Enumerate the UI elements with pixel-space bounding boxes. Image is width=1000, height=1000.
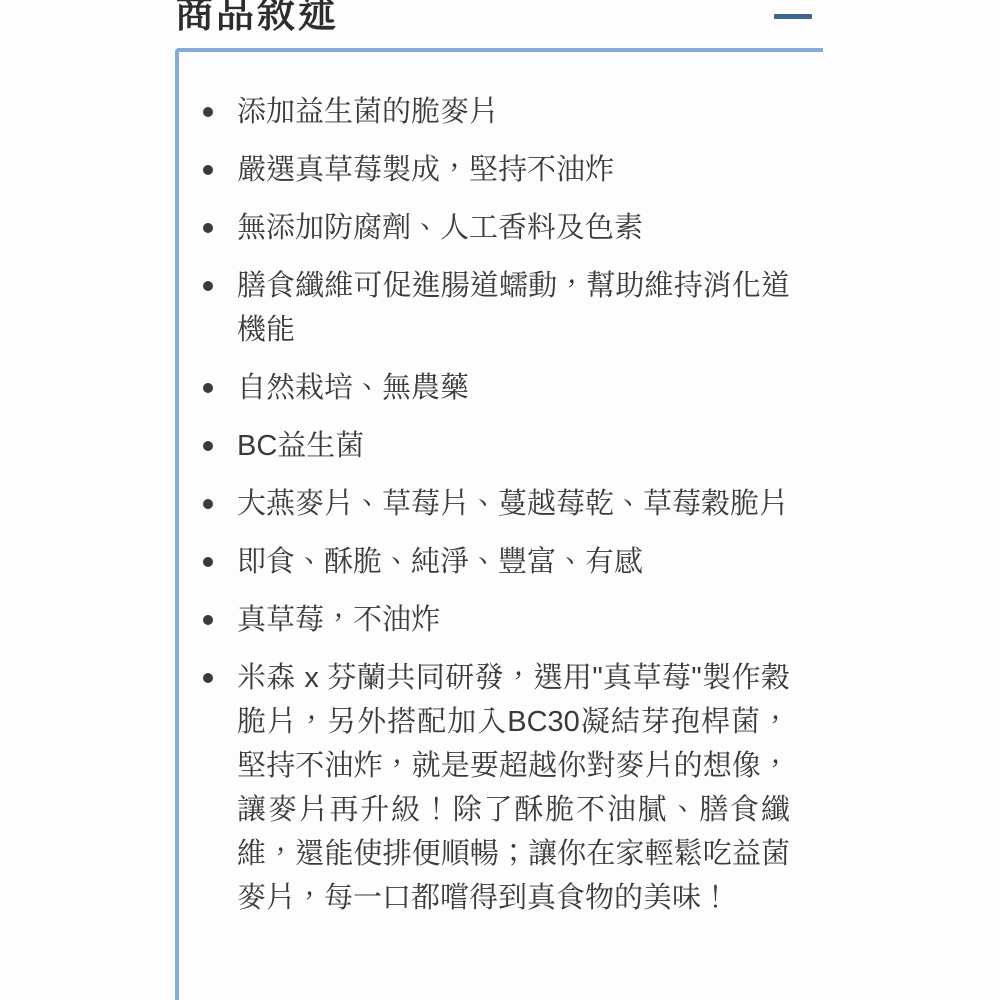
list-item: 真草莓，不油炸 bbox=[179, 598, 790, 642]
bullet-icon bbox=[203, 165, 213, 175]
collapse-button[interactable] bbox=[774, 14, 812, 19]
list-item: 米森 x 芬蘭共同研發，選用"真草莓"製作穀脆片，另外搭配加入BC30凝結芽孢桿… bbox=[179, 656, 790, 920]
list-item-text: 膳食纖維可促進腸道蠕動，幫助維持消化道機能 bbox=[237, 270, 790, 346]
section-title: 商品敘述 bbox=[175, 0, 339, 33]
bullet-icon bbox=[203, 499, 213, 509]
product-description-section: 商品敘述 添加益生菌的脆麥片 嚴選真草莓製成，堅持不油炸 無添加防腐劑、人工香料… bbox=[175, 0, 823, 1000]
list-item: 即食、酥脆、純淨、豐富、有感 bbox=[179, 540, 790, 584]
list-item-text: 無添加防腐劑、人工香料及色素 bbox=[237, 212, 643, 244]
bullet-icon bbox=[203, 383, 213, 393]
list-item-text: 真草莓，不油炸 bbox=[237, 604, 440, 636]
description-panel: 添加益生菌的脆麥片 嚴選真草莓製成，堅持不油炸 無添加防腐劑、人工香料及色素 膳… bbox=[175, 48, 823, 1000]
bullet-icon bbox=[203, 557, 213, 567]
bullet-icon bbox=[203, 441, 213, 451]
list-item: 嚴選真草莓製成，堅持不油炸 bbox=[179, 148, 790, 192]
list-item-text: BC益生菌 bbox=[237, 430, 364, 462]
list-item: 大燕麥片、草莓片、蔓越莓乾、草莓穀脆片 bbox=[179, 482, 790, 526]
list-item-text: 嚴選真草莓製成，堅持不油炸 bbox=[237, 154, 614, 186]
page: 商品敘述 添加益生菌的脆麥片 嚴選真草莓製成，堅持不油炸 無添加防腐劑、人工香料… bbox=[0, 0, 1000, 1000]
list-item-text: 米森 x 芬蘭共同研發，選用"真草莓"製作穀脆片，另外搭配加入BC30凝結芽孢桿… bbox=[237, 662, 790, 914]
bullet-icon bbox=[203, 107, 213, 117]
bullet-list: 添加益生菌的脆麥片 嚴選真草莓製成，堅持不油炸 無添加防腐劑、人工香料及色素 膳… bbox=[179, 52, 823, 954]
bullet-icon bbox=[203, 673, 213, 683]
list-item-text: 即食、酥脆、純淨、豐富、有感 bbox=[237, 546, 643, 578]
list-item: 自然栽培、無農藥 bbox=[179, 366, 790, 410]
list-item: 膳食纖維可促進腸道蠕動，幫助維持消化道機能 bbox=[179, 264, 790, 352]
list-item: 無添加防腐劑、人工香料及色素 bbox=[179, 206, 790, 250]
list-item-text: 添加益生菌的脆麥片 bbox=[237, 96, 498, 128]
list-item-text: 大燕麥片、草莓片、蔓越莓乾、草莓穀脆片 bbox=[237, 488, 788, 520]
list-item-text: 自然栽培、無農藥 bbox=[237, 372, 469, 404]
minus-icon bbox=[774, 14, 812, 19]
list-item: 添加益生菌的脆麥片 bbox=[179, 90, 790, 134]
bullet-icon bbox=[203, 223, 213, 233]
bullet-icon bbox=[203, 615, 213, 625]
list-item: BC益生菌 bbox=[179, 424, 790, 468]
section-header: 商品敘述 bbox=[175, 0, 823, 36]
bullet-icon bbox=[203, 281, 213, 291]
